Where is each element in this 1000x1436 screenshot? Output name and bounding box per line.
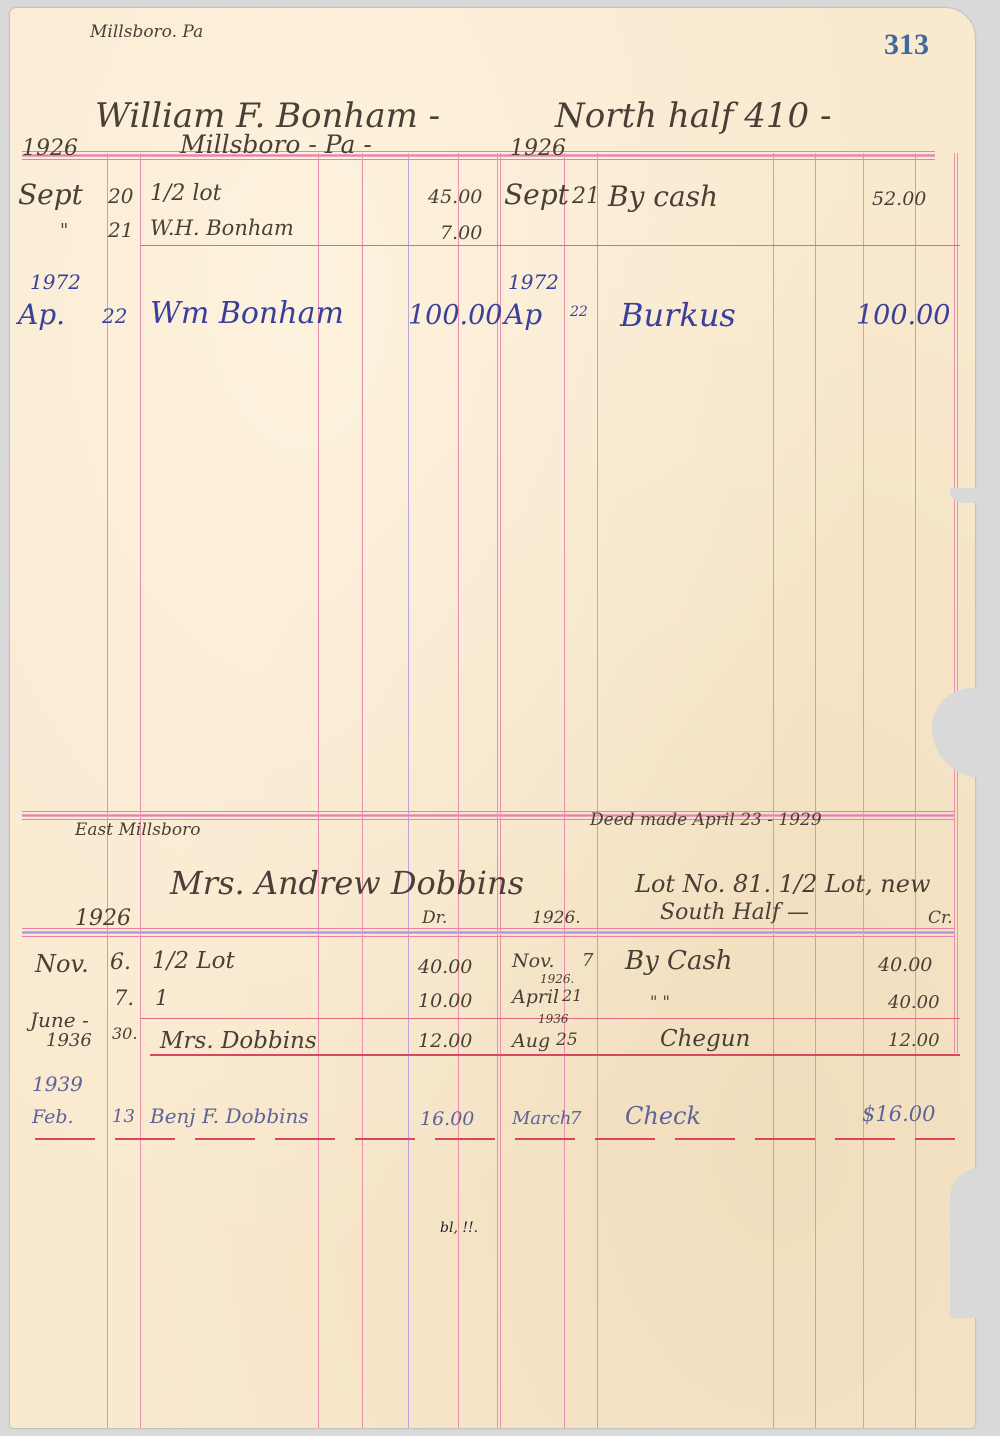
debit-amount: 10.00 bbox=[418, 990, 472, 1012]
credit-month: April bbox=[512, 986, 559, 1008]
credit-item: Check bbox=[625, 1102, 701, 1130]
debit-item: 1/2 lot bbox=[150, 181, 222, 206]
credit-month: Ap bbox=[504, 298, 542, 331]
dashed-line bbox=[35, 1138, 955, 1140]
debit-year: 1936 bbox=[46, 1030, 92, 1051]
rule-cents bbox=[458, 153, 459, 1428]
header-rule-2 bbox=[22, 928, 955, 937]
account1-debit-year: 1926 bbox=[22, 136, 78, 161]
rule-center-divider bbox=[497, 153, 501, 1428]
debit-amount: 100.00 bbox=[408, 300, 502, 331]
credit-month: March bbox=[512, 1108, 571, 1129]
credit-item: By Cash bbox=[625, 946, 733, 976]
debit-day: 20 bbox=[108, 184, 133, 208]
top-location-note: Millsboro. Pa bbox=[90, 22, 203, 42]
rule-right-edge bbox=[954, 153, 958, 1053]
credit-year: 1936 bbox=[538, 1012, 569, 1026]
credit-amount: $16.00 bbox=[862, 1102, 935, 1126]
credit-year: 1972 bbox=[508, 270, 559, 294]
dr-label: Dr. bbox=[422, 908, 447, 928]
rule-cr-day bbox=[564, 153, 565, 1428]
debit-item: 1 bbox=[155, 986, 168, 1010]
debit-day: 7. bbox=[114, 986, 134, 1010]
rule-dollars bbox=[408, 153, 409, 1428]
credit-item: Chegun bbox=[660, 1026, 750, 1052]
account2-credit-year: 1926. bbox=[532, 908, 581, 928]
debit-item: 1/2 Lot bbox=[152, 948, 235, 974]
rule-folio bbox=[362, 153, 363, 1428]
rule-item-folio bbox=[318, 153, 319, 1428]
rule-date-day bbox=[107, 153, 108, 1428]
credit-item: " " bbox=[650, 992, 670, 1011]
debit-amount: 12.00 bbox=[418, 1030, 472, 1052]
credit-day: 7 bbox=[570, 1108, 581, 1129]
debit-amount: 7.00 bbox=[440, 222, 482, 244]
ink-smudge: bl, !!. bbox=[440, 1220, 478, 1236]
debit-day: 6. bbox=[110, 950, 131, 975]
rule-day-item bbox=[140, 153, 141, 1428]
credit-day: 7 bbox=[582, 950, 593, 971]
header-rule-1 bbox=[22, 151, 935, 160]
debit-month: " bbox=[60, 220, 68, 241]
credit-item: By cash bbox=[608, 180, 718, 213]
debit-year: 1939 bbox=[32, 1072, 83, 1096]
debit-item: W.H. Bonham bbox=[150, 216, 294, 240]
rule-cr-dollars bbox=[863, 153, 864, 1428]
debit-month: Sept bbox=[18, 178, 83, 211]
credit-amount: 40.00 bbox=[888, 992, 940, 1013]
credit-amount: 12.00 bbox=[888, 1030, 940, 1051]
credit-item: Burkus bbox=[620, 296, 736, 334]
credit-month: Sept bbox=[504, 178, 569, 211]
debit-item: Mrs. Dobbins bbox=[160, 1028, 317, 1054]
ledger-page: 313 Millsboro. Pa William F. Bonham - No… bbox=[10, 8, 975, 1428]
credit-amount: 40.00 bbox=[878, 954, 932, 976]
account2-location: East Millsboro bbox=[75, 820, 200, 840]
credit-day: 25 bbox=[556, 1030, 578, 1050]
account1-location: Millsboro - Pa - bbox=[180, 130, 372, 159]
credit-year: 1926. bbox=[540, 972, 574, 986]
debit-amount: 40.00 bbox=[418, 956, 472, 978]
page-number: 313 bbox=[884, 28, 929, 62]
credit-day: 22 bbox=[570, 304, 588, 320]
deed-note: Deed made April 23 - 1929 bbox=[590, 810, 822, 830]
debit-amount: 16.00 bbox=[420, 1108, 474, 1130]
debit-amount: 45.00 bbox=[428, 186, 482, 208]
debit-day: 22 bbox=[102, 304, 127, 328]
account2-description: South Half — bbox=[660, 900, 809, 925]
account2-lot: Lot No. 81. 1/2 Lot, new bbox=[635, 870, 931, 898]
debit-day: 30. bbox=[112, 1024, 137, 1043]
torn-edge bbox=[932, 688, 982, 778]
total-line-3 bbox=[150, 1054, 960, 1056]
account2-name: Mrs. Andrew Dobbins bbox=[170, 864, 524, 902]
debit-item: Wm Bonham bbox=[150, 296, 344, 331]
rule-cr-folio2 bbox=[815, 153, 816, 1428]
debit-month: Nov. bbox=[35, 950, 89, 978]
debit-month: Feb. bbox=[32, 1106, 74, 1128]
credit-amount: 100.00 bbox=[856, 300, 950, 331]
credit-month: Nov. bbox=[512, 950, 555, 972]
account1-credit-year: 1926 bbox=[510, 136, 566, 161]
credit-day: 21 bbox=[562, 986, 582, 1005]
rule-cr-cents bbox=[915, 153, 916, 1428]
debit-day: 21 bbox=[108, 218, 133, 242]
debit-day: 13 bbox=[112, 1106, 135, 1127]
account2-debit-year: 1926 bbox=[75, 906, 131, 931]
account1-description: North half 410 - bbox=[555, 96, 831, 136]
debit-month: Ap. bbox=[18, 298, 65, 331]
credit-amount: 52.00 bbox=[872, 188, 926, 210]
debit-month: June - bbox=[30, 1008, 89, 1032]
rule-cr-folio bbox=[773, 153, 774, 1428]
credit-month: Aug bbox=[512, 1030, 550, 1052]
debit-item: Benj F. Dobbins bbox=[150, 1104, 309, 1128]
rule-cr-item bbox=[597, 153, 598, 1428]
credit-day: 21 bbox=[572, 184, 600, 209]
debit-year: 1972 bbox=[30, 270, 81, 294]
torn-edge bbox=[950, 1168, 980, 1318]
total-line-1 bbox=[140, 245, 960, 246]
cr-label: Cr. bbox=[928, 908, 953, 928]
torn-edge bbox=[950, 488, 980, 503]
